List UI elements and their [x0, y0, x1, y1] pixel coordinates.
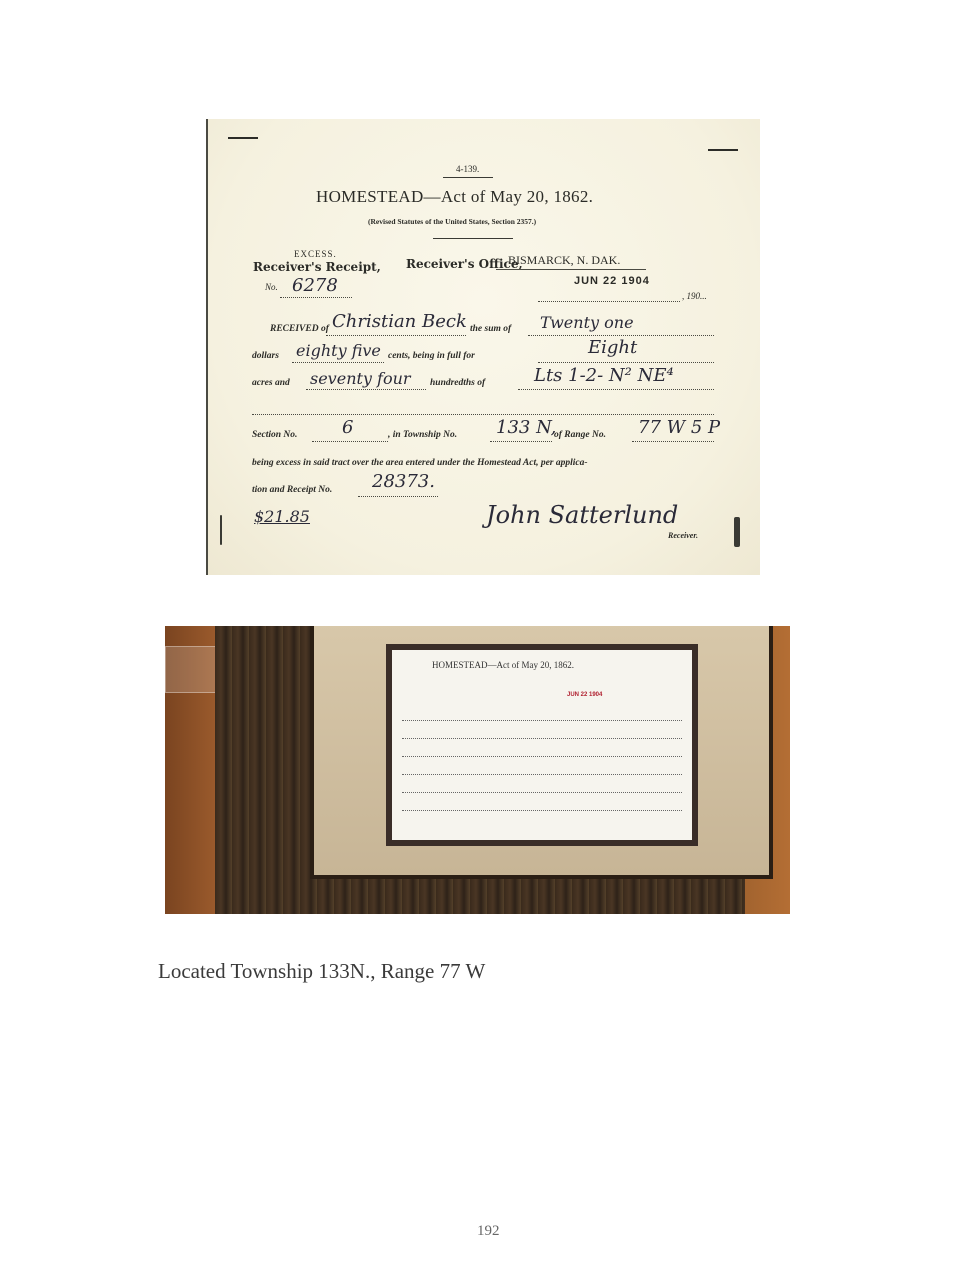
photo-doc-title: HOMESTEAD—Act of May 20, 1862.	[432, 660, 574, 670]
township-value: 133 N,	[496, 417, 556, 438]
scanned-receipt-image: 4-139. HOMESTEAD—Act of May 20, 1862. (R…	[190, 116, 766, 582]
tract-value: Lts 1-2- N² NE⁴	[534, 365, 674, 386]
punch-mark	[708, 149, 738, 151]
sum-label: the sum of	[470, 324, 511, 334]
year-suffix: , 190...	[682, 291, 707, 301]
punch-mark	[228, 137, 258, 139]
sum-cents: eighty five	[296, 341, 381, 360]
received-of-label: RECEIVED of	[270, 324, 329, 334]
framed-receipt-photo: HOMESTEAD—Act of May 20, 1862. JUN 22 19…	[165, 626, 790, 914]
clip-mark	[220, 515, 222, 545]
section-label: Section No.	[252, 430, 297, 440]
application-number: 28373.	[372, 471, 435, 492]
hundredths-label: hundredths of	[430, 378, 485, 388]
excess-label: EXCESS.	[294, 249, 337, 259]
receipt-paper: 4-139. HOMESTEAD—Act of May 20, 1862. (R…	[206, 119, 760, 575]
receipt-label: Receiver's Receipt,	[253, 260, 381, 274]
receipt-subtitle: (Revised Statutes of the United States, …	[368, 217, 536, 226]
page-number: 192	[477, 1223, 500, 1240]
office-value: BISMARCK, N. DAK.	[508, 253, 620, 268]
figure-caption: Located Township 133N., Range 77 W	[158, 959, 485, 984]
application-label: tion and Receipt No.	[252, 485, 332, 495]
divider	[433, 238, 513, 239]
date-stamp: JUN 22 1904	[574, 275, 650, 287]
sum-dollars: Twenty one	[540, 313, 634, 332]
amount-stamp: $21.85	[254, 507, 310, 526]
range-value: 77 W 5 P	[638, 417, 720, 438]
photo-date-stamp: JUN 22 1904	[567, 692, 602, 698]
photo-document: HOMESTEAD—Act of May 20, 1862. JUN 22 19…	[386, 644, 698, 846]
clip-mark	[734, 517, 740, 547]
section-value: 6	[342, 417, 353, 438]
wooden-frame: HOMESTEAD—Act of May 20, 1862. JUN 22 19…	[215, 626, 745, 914]
range-label: of Range No.	[554, 430, 606, 440]
receipt-title: HOMESTEAD—Act of May 20, 1862.	[316, 187, 593, 207]
divider	[443, 177, 493, 178]
hundredths-value: seventy four	[310, 369, 411, 388]
receipt-number: 6278	[292, 275, 338, 296]
receiver-label: Receiver.	[668, 531, 698, 540]
acres-value: Eight	[588, 337, 637, 358]
number-label: No.	[265, 282, 278, 292]
dollars-label: dollars	[252, 351, 279, 361]
payer-name: Christian Beck	[332, 311, 467, 332]
cents-label: cents, being in full for	[388, 351, 475, 361]
frame-mat: HOMESTEAD—Act of May 20, 1862. JUN 22 19…	[310, 626, 773, 879]
form-number: 4-139.	[456, 164, 479, 174]
receiver-signature: John Satterlund	[486, 501, 678, 529]
township-label: , in Township No.	[388, 430, 457, 440]
excess-text: being excess in said tract over the area…	[252, 458, 588, 468]
acres-label: acres and	[252, 378, 290, 388]
